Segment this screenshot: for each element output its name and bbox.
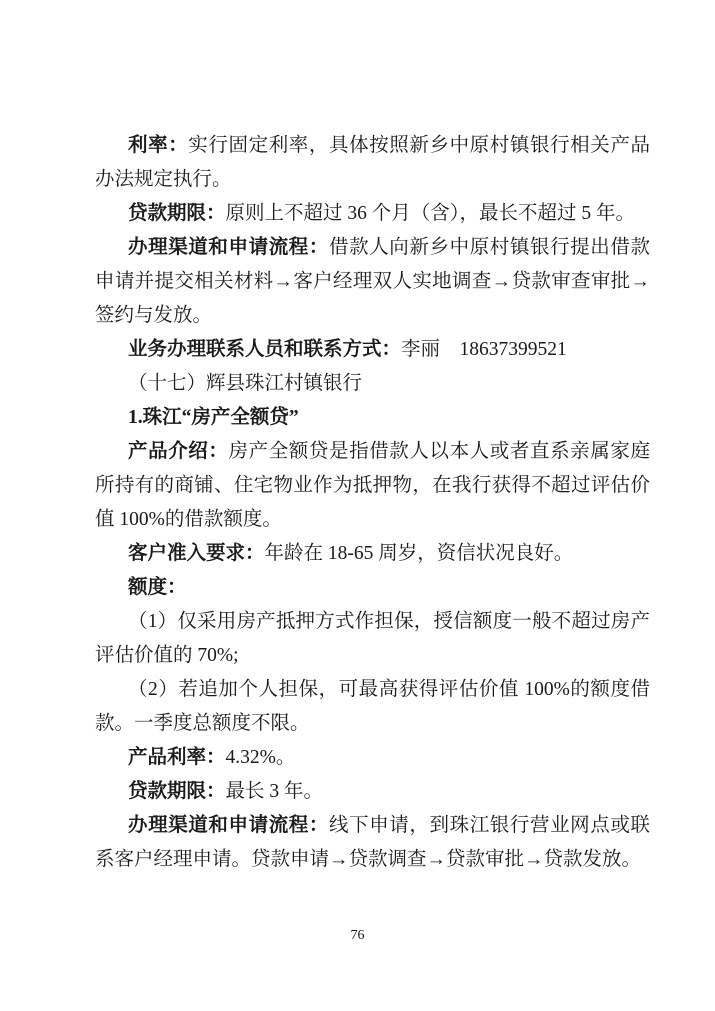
field-label-product-intro: 产品介绍： — [128, 441, 229, 462]
field-text-customer-requirements: 年龄在 18-65 周岁，资信状况良好。 — [265, 543, 574, 564]
paragraph-quota-item-2: （2）若追加个人担保，可最高获得评估价值 100%的额度借款。一季度总额度不限。 — [95, 673, 650, 741]
page-number: 76 — [351, 928, 365, 943]
field-text-contact-info: 李丽 18637399521 — [401, 339, 567, 360]
paragraph-product-intro: 产品介绍：房产全额贷是指借款人以本人或者直系亲属家庭所持有的商铺、住宅物业作为抵… — [95, 435, 650, 537]
field-label-quota: 额度： — [128, 577, 187, 598]
paragraph-quota: 额度： — [95, 571, 650, 605]
section-heading-text: （十七）辉县珠江村镇银行 — [128, 373, 362, 394]
paragraph-contact-info: 业务办理联系人员和联系方式：李丽 18637399521 — [95, 333, 650, 367]
paragraph-customer-requirements: 客户准入要求：年龄在 18-65 周岁，资信状况良好。 — [95, 537, 650, 571]
field-label-product-rate: 产品利率： — [128, 747, 226, 768]
paragraph-loan-term: 贷款期限：原则上不超过 36 个月（含），最长不超过 5 年。 — [95, 197, 650, 231]
paragraph-application-process-2: 办理渠道和申请流程：线下申请，到珠江银行营业网点或联系客户经理申请。贷款申请→贷… — [95, 809, 650, 877]
paragraph-interest-rate: 利率：实行固定利率，具体按照新乡中原村镇银行相关产品办法规定执行。 — [95, 129, 650, 197]
field-text-loan-term-2: 最长 3 年。 — [226, 781, 324, 802]
field-label-loan-term: 贷款期限： — [128, 203, 226, 224]
field-label-interest-rate: 利率： — [128, 135, 188, 156]
field-label-application-process-2: 办理渠道和申请流程： — [128, 815, 329, 836]
field-label-customer-requirements: 客户准入要求： — [128, 543, 265, 564]
field-label-contact-info: 业务办理联系人员和联系方式： — [128, 339, 401, 360]
field-text-quota-item-1: （1）仅采用房产抵押方式作担保，授信额度一般不超过房产评估价值的 70%; — [95, 611, 650, 666]
product-heading-label: 1.珠江“房产全额贷” — [128, 407, 299, 428]
field-label-loan-term-2: 贷款期限： — [128, 781, 226, 802]
paragraph-quota-item-1: （1）仅采用房产抵押方式作担保，授信额度一般不超过房产评估价值的 70%; — [95, 605, 650, 673]
product-heading-property-full-loan: 1.珠江“房产全额贷” — [95, 401, 650, 435]
page-footer: 76 — [0, 928, 715, 944]
section-heading-bank-seventeen: （十七）辉县珠江村镇银行 — [95, 367, 650, 401]
field-text-loan-term: 原则上不超过 36 个月（含），最长不超过 5 年。 — [226, 203, 636, 224]
paragraph-product-rate: 产品利率：4.32%。 — [95, 741, 650, 775]
document-body: 利率：实行固定利率，具体按照新乡中原村镇银行相关产品办法规定执行。 贷款期限：原… — [95, 129, 650, 877]
field-text-product-rate: 4.32%。 — [226, 747, 296, 768]
paragraph-application-process: 办理渠道和申请流程：借款人向新乡中原村镇银行提出借款申请并提交相关材料→客户经理… — [95, 231, 650, 333]
field-label-application-process: 办理渠道和申请流程： — [128, 237, 329, 258]
field-text-quota-item-2: （2）若追加个人担保，可最高获得评估价值 100%的额度借款。一季度总额度不限。 — [95, 679, 650, 734]
paragraph-loan-term-2: 贷款期限：最长 3 年。 — [95, 775, 650, 809]
document-page: 利率：实行固定利率，具体按照新乡中原村镇银行相关产品办法规定执行。 贷款期限：原… — [0, 0, 715, 1011]
